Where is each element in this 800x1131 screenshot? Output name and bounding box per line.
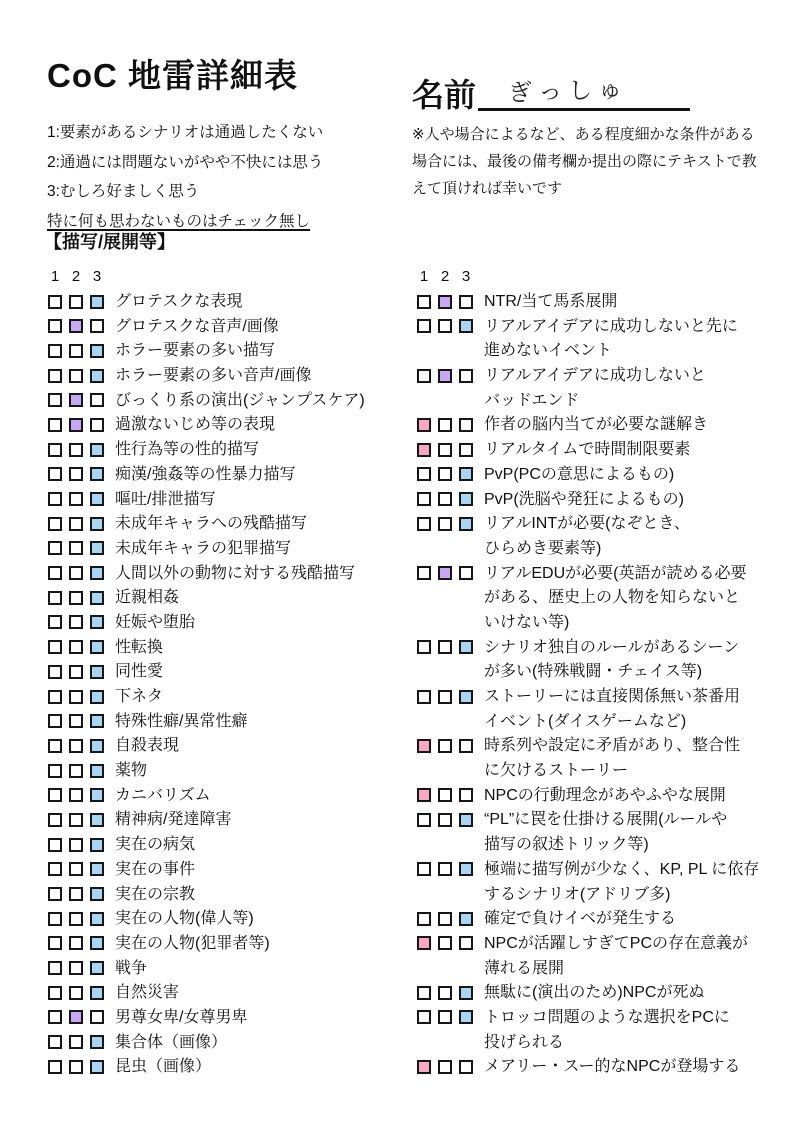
item-label: 実在の宗教 xyxy=(115,883,195,908)
rating-checkbox-1[interactable] xyxy=(48,418,62,432)
checklist-item: トロッコ問題のような選択をPCに投げられる xyxy=(417,1006,787,1055)
rating-boxes xyxy=(48,369,104,383)
checklist-item: 未成年キャラの犯罪描写 xyxy=(48,537,403,562)
rating-checkbox-3[interactable] xyxy=(90,1010,104,1024)
rating-checkbox-3[interactable] xyxy=(90,295,104,309)
rating-checkbox-2[interactable] xyxy=(438,862,452,876)
rating-checkbox-2[interactable] xyxy=(438,912,452,926)
legend-line: 1:要素があるシナリオは通過したくない xyxy=(47,118,323,148)
item-label-line: リアルアイデアに成功しないと先に xyxy=(484,315,738,340)
item-label: 極端に描写例が少なく、KP, PL に依存するシナリオ(アドリブ多) xyxy=(484,858,759,907)
rating-boxes xyxy=(48,517,104,531)
rating-checkbox-1[interactable] xyxy=(48,541,62,555)
rating-boxes xyxy=(48,418,104,432)
rating-checkbox-2[interactable] xyxy=(438,295,452,309)
item-label: ホラー要素の多い音声/画像 xyxy=(115,364,311,389)
rating-boxes xyxy=(48,295,104,309)
rating-checkbox-2[interactable] xyxy=(69,764,83,778)
rating-checkbox-2[interactable] xyxy=(69,936,83,950)
rating-checkbox-3[interactable] xyxy=(459,1060,473,1074)
rating-checkbox-1[interactable] xyxy=(417,788,431,802)
rating-checkbox-2[interactable] xyxy=(438,369,452,383)
rating-boxes xyxy=(48,492,104,506)
item-label-line: 実在の病気 xyxy=(115,833,195,858)
checklist-item: カニバリズム xyxy=(48,784,403,809)
rating-checkbox-3[interactable] xyxy=(90,566,104,580)
rating-checkbox-1[interactable] xyxy=(417,467,431,481)
item-label-line: 未成年キャラへの残酷描写 xyxy=(115,512,307,537)
rating-checkbox-1[interactable] xyxy=(417,517,431,531)
checklist-item: シナリオ独自のルールがあるシーンが多い(特殊戦闘・チェイス等) xyxy=(417,636,787,685)
rating-checkbox-2[interactable] xyxy=(69,566,83,580)
rating-checkbox-3[interactable] xyxy=(90,961,104,975)
checklist-item: 自然災害 xyxy=(48,981,403,1006)
item-label-line: ストーリーには直接関係無い茶番用 xyxy=(484,685,740,710)
item-label: 薬物 xyxy=(115,759,147,784)
item-label: リアルアイデアに成功しないとバッドエンド xyxy=(484,364,706,413)
rating-checkbox-1[interactable] xyxy=(417,319,431,333)
rating-checkbox-1[interactable] xyxy=(48,887,62,901)
item-label: ストーリーには直接関係無い茶番用イベント(ダイスゲームなど) xyxy=(484,685,740,734)
rating-checkbox-2[interactable] xyxy=(69,393,83,407)
rating-checkbox-2[interactable] xyxy=(69,788,83,802)
item-label: グロテスクな表現 xyxy=(115,290,242,315)
rating-checkbox-1[interactable] xyxy=(48,838,62,852)
rating-checkbox-3[interactable] xyxy=(90,369,104,383)
rating-checkbox-3[interactable] xyxy=(90,986,104,1000)
item-label: 実在の人物(偉人等) xyxy=(115,907,254,932)
checklist-item: NTR/当て馬系展開 xyxy=(417,290,787,315)
checklist-item: 実在の人物(犯罪者等) xyxy=(48,932,403,957)
rating-checkbox-3[interactable] xyxy=(90,912,104,926)
rating-checkbox-2[interactable] xyxy=(69,344,83,358)
rating-boxes xyxy=(48,1010,104,1024)
item-label: 特殊性癖/異常性癖 xyxy=(115,710,247,735)
rating-checkbox-3[interactable] xyxy=(90,1035,104,1049)
rating-checkbox-3[interactable] xyxy=(459,517,473,531)
rating-boxes xyxy=(417,739,473,753)
rating-checkbox-2[interactable] xyxy=(69,369,83,383)
rating-checkbox-2[interactable] xyxy=(69,813,83,827)
checklist-item: 実在の宗教 xyxy=(48,883,403,908)
rating-checkbox-1[interactable] xyxy=(417,1010,431,1024)
rating-checkbox-3[interactable] xyxy=(90,541,104,555)
rating-checkbox-2[interactable] xyxy=(69,319,83,333)
item-label: グロテスクな音声/画像 xyxy=(115,315,279,340)
rating-checkbox-1[interactable] xyxy=(417,912,431,926)
rating-checkbox-3[interactable] xyxy=(459,418,473,432)
rating-checkbox-2[interactable] xyxy=(438,813,452,827)
item-label-line: NTR/当て馬系展開 xyxy=(484,290,617,315)
checklist-item: PvP(PCの意思によるもの) xyxy=(417,463,787,488)
rating-checkbox-1[interactable] xyxy=(48,1035,62,1049)
rating-checkbox-2[interactable] xyxy=(69,961,83,975)
checklist-item: 作者の脳内当てが必要な謎解き xyxy=(417,413,787,438)
rating-boxes xyxy=(417,517,473,531)
rating-checkbox-1[interactable] xyxy=(48,591,62,605)
item-label: 痴漢/強姦等の性暴力描写 xyxy=(115,463,295,488)
item-label: 未成年キャラへの残酷描写 xyxy=(115,512,307,537)
rating-checkbox-3[interactable] xyxy=(90,764,104,778)
rating-checkbox-1[interactable] xyxy=(417,690,431,704)
rating-checkbox-3[interactable] xyxy=(90,714,104,728)
rating-checkbox-3[interactable] xyxy=(90,1060,104,1074)
rating-checkbox-3[interactable] xyxy=(90,690,104,704)
rating-checkbox-1[interactable] xyxy=(48,912,62,926)
item-label-line: 過激ないじめ等の表現 xyxy=(115,413,275,438)
item-label: 下ネタ xyxy=(115,685,163,710)
rating-boxes xyxy=(417,319,473,333)
checklist-item: 人間以外の動物に対する残酷描写 xyxy=(48,562,403,587)
rating-checkbox-2[interactable] xyxy=(438,1010,452,1024)
rating-checkbox-2[interactable] xyxy=(438,517,452,531)
rating-checkbox-1[interactable] xyxy=(48,443,62,457)
item-label-line: 描写の叙述トリック等) xyxy=(484,833,727,858)
rating-checkbox-2[interactable] xyxy=(438,640,452,654)
legend-line: 2:通過には問題ないがやや不快には思う xyxy=(47,148,323,178)
rating-checkbox-1[interactable] xyxy=(417,862,431,876)
item-label-line: メアリー・スー的なNPCが登場する xyxy=(484,1055,740,1080)
rating-checkbox-3[interactable] xyxy=(90,591,104,605)
rating-checkbox-3[interactable] xyxy=(459,912,473,926)
item-label-line: 妊娠や堕胎 xyxy=(115,611,195,636)
rating-boxes xyxy=(417,295,473,309)
rating-checkbox-2[interactable] xyxy=(69,690,83,704)
checklist-item: 確定で負けイベが発生する xyxy=(417,907,787,932)
rating-checkbox-2[interactable] xyxy=(438,936,452,950)
item-label: トロッコ問題のような選択をPCに投げられる xyxy=(484,1006,730,1055)
rating-checkbox-1[interactable] xyxy=(48,319,62,333)
rating-boxes xyxy=(417,936,473,950)
rating-checkbox-3[interactable] xyxy=(90,517,104,531)
item-label: リアルEDUが必要(英語が読める必要がある、歴史上の人物を知らないといけない等) xyxy=(484,562,746,636)
rating-checkbox-3[interactable] xyxy=(90,492,104,506)
checklist-item: リアルアイデアに成功しないと先に進めないイベント xyxy=(417,315,787,364)
checklist-item: リアルEDUが必要(英語が読める必要がある、歴史上の人物を知らないといけない等) xyxy=(417,562,787,636)
rating-checkbox-3[interactable] xyxy=(90,665,104,679)
rating-checkbox-2[interactable] xyxy=(69,838,83,852)
rating-boxes xyxy=(48,1035,104,1049)
item-label-line: 性転換 xyxy=(115,636,163,661)
rating-checkbox-3[interactable] xyxy=(459,566,473,580)
rating-checkbox-1[interactable] xyxy=(417,640,431,654)
checklist-item: 昆虫（画像） xyxy=(48,1055,403,1080)
checklist-item: 同性愛 xyxy=(48,660,403,685)
item-label-line: グロテスクな表現 xyxy=(115,290,242,315)
rating-checkbox-3[interactable] xyxy=(459,369,473,383)
rating-checkbox-3[interactable] xyxy=(459,739,473,753)
item-label-line: ホラー要素の多い音声/画像 xyxy=(115,364,311,389)
rating-checkbox-3[interactable] xyxy=(90,813,104,827)
rating-checkbox-1[interactable] xyxy=(48,936,62,950)
item-label-line: 薬物 xyxy=(115,759,147,784)
rating-checkbox-2[interactable] xyxy=(69,467,83,481)
item-label-line: 時系列や設定に矛盾があり、整合性 xyxy=(484,734,740,759)
checklist-item: 過激ないじめ等の表現 xyxy=(48,413,403,438)
rating-checkbox-2[interactable] xyxy=(69,986,83,1000)
item-label-line: 実在の人物(犯罪者等) xyxy=(115,932,270,957)
checklist-item: 精神病/発達障害 xyxy=(48,808,403,833)
rating-checkbox-1[interactable] xyxy=(48,393,62,407)
rating-checkbox-1[interactable] xyxy=(417,566,431,580)
rating-checkbox-3[interactable] xyxy=(90,936,104,950)
rating-checkbox-1[interactable] xyxy=(48,986,62,1000)
rating-checkbox-3[interactable] xyxy=(459,492,473,506)
item-label-line: イベント(ダイスゲームなど) xyxy=(484,710,740,735)
item-label-line: リアルタイムで時間制限要素 xyxy=(484,438,690,463)
rating-checkbox-3[interactable] xyxy=(90,615,104,629)
rating-checkbox-1[interactable] xyxy=(417,492,431,506)
rating-checkbox-3[interactable] xyxy=(459,467,473,481)
rating-checkbox-2[interactable] xyxy=(69,443,83,457)
item-label-line: 集合体（画像） xyxy=(115,1031,227,1056)
rating-checkbox-1[interactable] xyxy=(48,813,62,827)
rating-checkbox-3[interactable] xyxy=(459,1010,473,1024)
rating-checkbox-2[interactable] xyxy=(69,295,83,309)
item-label: 時系列や設定に矛盾があり、整合性に欠けるストーリー xyxy=(484,734,740,783)
rating-checkbox-2[interactable] xyxy=(69,887,83,901)
rating-checkbox-1[interactable] xyxy=(48,615,62,629)
rating-checkbox-1[interactable] xyxy=(417,813,431,827)
rating-checkbox-3[interactable] xyxy=(90,344,104,358)
rating-checkbox-1[interactable] xyxy=(417,986,431,1000)
rating-checkbox-2[interactable] xyxy=(438,690,452,704)
rating-boxes xyxy=(48,912,104,926)
rating-checkbox-3[interactable] xyxy=(90,838,104,852)
item-label: 作者の脳内当てが必要な謎解き xyxy=(484,413,708,438)
rating-checkbox-2[interactable] xyxy=(438,492,452,506)
rating-checkbox-2[interactable] xyxy=(69,517,83,531)
rating-checkbox-3[interactable] xyxy=(90,418,104,432)
rating-boxes xyxy=(48,467,104,481)
rating-checkbox-2[interactable] xyxy=(69,1060,83,1074)
item-label: 自然災害 xyxy=(115,981,179,1006)
name-field: 名前 ぎっしゅ xyxy=(412,68,690,111)
page-title: CoC 地雷詳細表 xyxy=(47,50,298,97)
rating-checkbox-2[interactable] xyxy=(69,418,83,432)
rating-checkbox-1[interactable] xyxy=(48,665,62,679)
item-label-line: PvP(PCの意思によるもの) xyxy=(484,463,674,488)
rating-checkbox-2[interactable] xyxy=(438,467,452,481)
rating-checkbox-1[interactable] xyxy=(417,369,431,383)
rating-checkbox-3[interactable] xyxy=(90,467,104,481)
rating-boxes xyxy=(48,714,104,728)
rating-checkbox-3[interactable] xyxy=(459,788,473,802)
checklist-item: 集合体（画像） xyxy=(48,1031,403,1056)
item-label-line: PvP(洗脳や発狂によるもの) xyxy=(484,488,684,513)
item-label: シナリオ独自のルールがあるシーンが多い(特殊戦闘・チェイス等) xyxy=(484,636,739,685)
rating-checkbox-3[interactable] xyxy=(90,443,104,457)
item-label: 集合体（画像） xyxy=(115,1031,227,1056)
rating-checkbox-3[interactable] xyxy=(90,887,104,901)
item-label-line: リアルINTが必要(なぞとき、 xyxy=(484,512,690,537)
rating-checkbox-2[interactable] xyxy=(69,591,83,605)
rating-checkbox-2[interactable] xyxy=(69,714,83,728)
rating-checkbox-3[interactable] xyxy=(90,319,104,333)
checklist-item: 男尊女卑/女尊男卑 xyxy=(48,1006,403,1031)
item-label-line: 作者の脳内当てが必要な謎解き xyxy=(484,413,708,438)
item-label-line: 昆虫（画像） xyxy=(115,1055,211,1080)
rating-checkbox-1[interactable] xyxy=(48,566,62,580)
rating-checkbox-1[interactable] xyxy=(48,739,62,753)
rating-checkbox-2[interactable] xyxy=(438,986,452,1000)
item-label: 自殺表現 xyxy=(115,734,179,759)
checklist-item: ホラー要素の多い描写 xyxy=(48,339,403,364)
rating-checkbox-2[interactable] xyxy=(438,788,452,802)
rating-boxes xyxy=(417,443,473,457)
item-label: PvP(洗脳や発狂によるもの) xyxy=(484,488,684,513)
checklist-item: 実在の事件 xyxy=(48,858,403,883)
rating-checkbox-2[interactable] xyxy=(69,912,83,926)
rating-checkbox-2[interactable] xyxy=(438,319,452,333)
rating-checkbox-2[interactable] xyxy=(438,739,452,753)
rating-checkbox-3[interactable] xyxy=(459,443,473,457)
rating-boxes xyxy=(48,640,104,654)
item-label-line: トロッコ問題のような選択をPCに xyxy=(484,1006,730,1031)
scale-digit: 3 xyxy=(90,268,104,285)
item-label: メアリー・スー的なNPCが登場する xyxy=(484,1055,740,1080)
rating-boxes xyxy=(48,344,104,358)
rating-checkbox-1[interactable] xyxy=(417,295,431,309)
checklist-item: 特殊性癖/異常性癖 xyxy=(48,710,403,735)
item-label-line: が多い(特殊戦闘・チェイス等) xyxy=(484,660,739,685)
item-label: 実在の病気 xyxy=(115,833,195,858)
rating-boxes xyxy=(48,443,104,457)
rating-checkbox-1[interactable] xyxy=(417,739,431,753)
rating-checkbox-1[interactable] xyxy=(48,862,62,876)
rating-boxes xyxy=(417,418,473,432)
checklist-item: 実在の人物(偉人等) xyxy=(48,907,403,932)
item-label: PvP(PCの意思によるもの) xyxy=(484,463,674,488)
item-label: 近親相姦 xyxy=(115,586,179,611)
rating-checkbox-3[interactable] xyxy=(90,739,104,753)
rating-checkbox-2[interactable] xyxy=(438,418,452,432)
item-label: 無駄に(演出のため)NPCが死ぬ xyxy=(484,981,704,1006)
rating-checkbox-3[interactable] xyxy=(90,788,104,802)
checklist-item: NPCが活躍しすぎてPCの存在意義が薄れる展開 xyxy=(417,932,787,981)
rating-checkbox-1[interactable] xyxy=(48,517,62,531)
scale-digit: 1 xyxy=(417,268,431,285)
rating-legend: 1:要素があるシナリオは通過したくない 2:通過には問題ないがやや不快には思う … xyxy=(47,118,323,236)
rating-checkbox-3[interactable] xyxy=(459,862,473,876)
rating-checkbox-3[interactable] xyxy=(459,640,473,654)
rating-checkbox-2[interactable] xyxy=(69,615,83,629)
rating-checkbox-2[interactable] xyxy=(69,665,83,679)
rating-checkbox-2[interactable] xyxy=(69,1010,83,1024)
rating-checkbox-2[interactable] xyxy=(69,862,83,876)
item-label-line: するシナリオ(アドリブ多) xyxy=(484,883,759,908)
name-input-line[interactable]: ぎっしゅ xyxy=(478,68,690,111)
rating-boxes xyxy=(417,862,473,876)
rating-boxes xyxy=(48,887,104,901)
rating-checkbox-3[interactable] xyxy=(90,862,104,876)
rating-checkbox-1[interactable] xyxy=(48,467,62,481)
rating-checkbox-1[interactable] xyxy=(48,492,62,506)
rating-checkbox-1[interactable] xyxy=(48,369,62,383)
rating-checkbox-3[interactable] xyxy=(459,690,473,704)
rating-boxes xyxy=(417,566,473,580)
checklist-column-right: NTR/当て馬系展開リアルアイデアに成功しないと先に進めないイベントリアルアイデ… xyxy=(417,290,787,1080)
rating-boxes xyxy=(48,615,104,629)
item-label-line: 確定で負けイベが発生する xyxy=(484,907,676,932)
rating-checkbox-2[interactable] xyxy=(69,492,83,506)
scale-digit: 3 xyxy=(459,268,473,285)
rating-checkbox-1[interactable] xyxy=(417,443,431,457)
rating-checkbox-2[interactable] xyxy=(438,566,452,580)
rating-checkbox-1[interactable] xyxy=(48,961,62,975)
legend-line: 3:むしろ好ましく思う xyxy=(47,177,323,207)
item-label: びっくり系の演出(ジャンプスケア) xyxy=(115,389,365,414)
rating-checkbox-1[interactable] xyxy=(48,1010,62,1024)
item-label-line: 精神病/発達障害 xyxy=(115,808,231,833)
rating-checkbox-2[interactable] xyxy=(69,541,83,555)
rating-boxes xyxy=(48,739,104,753)
rating-checkbox-1[interactable] xyxy=(48,1060,62,1074)
rating-checkbox-1[interactable] xyxy=(48,690,62,704)
rating-boxes xyxy=(48,393,104,407)
rating-boxes xyxy=(417,912,473,926)
section-title: 【描写/展開等】 xyxy=(44,228,175,254)
item-label-line: に欠けるストーリー xyxy=(484,759,740,784)
item-label-line: 実在の人物(偉人等) xyxy=(115,907,254,932)
rating-checkbox-3[interactable] xyxy=(459,813,473,827)
item-label-line: 薄れる展開 xyxy=(484,957,748,982)
rating-checkbox-1[interactable] xyxy=(48,764,62,778)
rating-checkbox-2[interactable] xyxy=(438,1060,452,1074)
rating-boxes xyxy=(417,986,473,1000)
item-label-line: 痴漢/強姦等の性暴力描写 xyxy=(115,463,295,488)
conditions-note: ※人や場合によるなど、ある程度細かな条件がある 場合には、最後の備考欄か提出の際… xyxy=(412,121,762,202)
rating-checkbox-1[interactable] xyxy=(48,344,62,358)
checklist-item: 時系列や設定に矛盾があり、整合性に欠けるストーリー xyxy=(417,734,787,783)
rating-boxes xyxy=(417,1010,473,1024)
rating-checkbox-1[interactable] xyxy=(48,295,62,309)
rating-checkbox-3[interactable] xyxy=(90,393,104,407)
rating-checkbox-2[interactable] xyxy=(69,739,83,753)
item-label-line: カニバリズム xyxy=(115,784,211,809)
handwritten-name: ぎっしゅ xyxy=(507,69,628,108)
checklist-item: メアリー・スー的なNPCが登場する xyxy=(417,1055,787,1080)
item-label-line: 進めないイベント xyxy=(484,339,738,364)
item-label: 性転換 xyxy=(115,636,163,661)
rating-checkbox-3[interactable] xyxy=(459,319,473,333)
checklist-item: 実在の病気 xyxy=(48,833,403,858)
item-label-line: 実在の事件 xyxy=(115,858,195,883)
item-label-line: 極端に描写例が少なく、KP, PL に依存 xyxy=(484,858,759,883)
checklist-item: びっくり系の演出(ジャンプスケア) xyxy=(48,389,403,414)
rating-checkbox-1[interactable] xyxy=(48,714,62,728)
rating-checkbox-1[interactable] xyxy=(48,640,62,654)
rating-checkbox-1[interactable] xyxy=(48,788,62,802)
rating-boxes xyxy=(417,1060,473,1074)
rating-checkbox-1[interactable] xyxy=(417,1060,431,1074)
rating-checkbox-1[interactable] xyxy=(417,418,431,432)
item-label-line: ひらめき要素等) xyxy=(484,537,690,562)
rating-checkbox-2[interactable] xyxy=(438,443,452,457)
rating-checkbox-3[interactable] xyxy=(459,936,473,950)
rating-boxes xyxy=(417,369,473,383)
rating-checkbox-3[interactable] xyxy=(90,640,104,654)
rating-boxes xyxy=(48,764,104,778)
rating-checkbox-3[interactable] xyxy=(459,986,473,1000)
rating-checkbox-1[interactable] xyxy=(417,936,431,950)
rating-boxes xyxy=(48,862,104,876)
item-label: 男尊女卑/女尊男卑 xyxy=(115,1006,247,1031)
rating-checkbox-3[interactable] xyxy=(459,295,473,309)
rating-checkbox-2[interactable] xyxy=(69,1035,83,1049)
item-label-line: 同性愛 xyxy=(115,660,163,685)
rating-checkbox-2[interactable] xyxy=(69,640,83,654)
